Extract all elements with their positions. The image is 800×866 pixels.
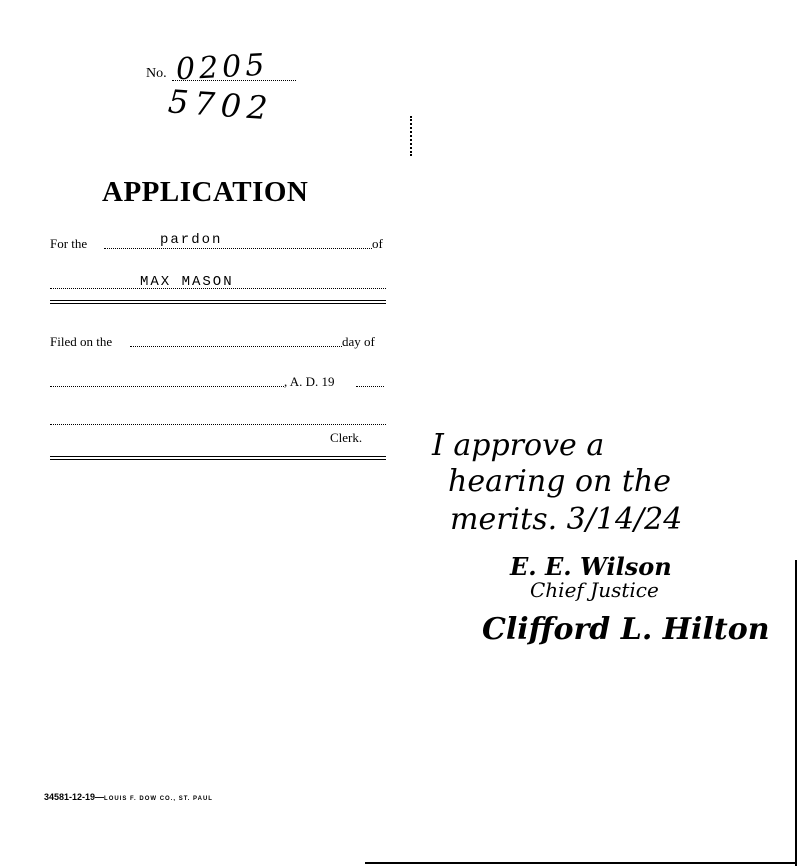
day-of-label: day of — [342, 334, 375, 350]
of-label: of — [372, 236, 383, 252]
application-number: 0205 — [175, 48, 269, 88]
printer-footer: 34581-12-19—LOUIS F. DOW CO., ST. PAUL — [44, 792, 213, 802]
page-title: APPLICATION — [102, 176, 308, 209]
page-edge-right — [795, 560, 797, 866]
page-edge-bottom — [365, 862, 797, 864]
printer-name: LOUIS F. DOW CO., ST. PAUL — [104, 796, 213, 802]
year-line — [356, 386, 384, 387]
section-divider-1 — [50, 300, 386, 304]
form-code: 34581-12-19 — [44, 792, 95, 802]
ad-label: , A. D. 19 — [284, 374, 335, 390]
filed-day-line — [130, 346, 342, 347]
for-the-label: For the — [50, 236, 87, 252]
clerk-line — [50, 424, 386, 425]
clerk-label: Clerk. — [330, 430, 362, 446]
annotation-line-3: merits. 3/14/24 — [450, 502, 682, 538]
annotation-line-1: I approve a — [432, 428, 604, 464]
filed-on-label: Filed on the — [50, 334, 112, 350]
secondary-number: 5702 — [167, 82, 275, 127]
signature-chief-justice: E. E. Wilson — [510, 552, 672, 581]
section-divider-2 — [50, 456, 386, 460]
for-the-line — [104, 248, 372, 249]
fold-mark — [410, 116, 412, 156]
for-the-value: pardon — [160, 232, 222, 248]
annotation-line-2: hearing on the — [448, 464, 671, 500]
filed-month-line — [50, 386, 284, 387]
signature-title: Chief Justice — [530, 578, 659, 602]
number-label: No. — [146, 66, 167, 82]
applicant-name: MAX MASON — [140, 274, 234, 290]
signature-second: Clifford L. Hilton — [482, 612, 770, 647]
